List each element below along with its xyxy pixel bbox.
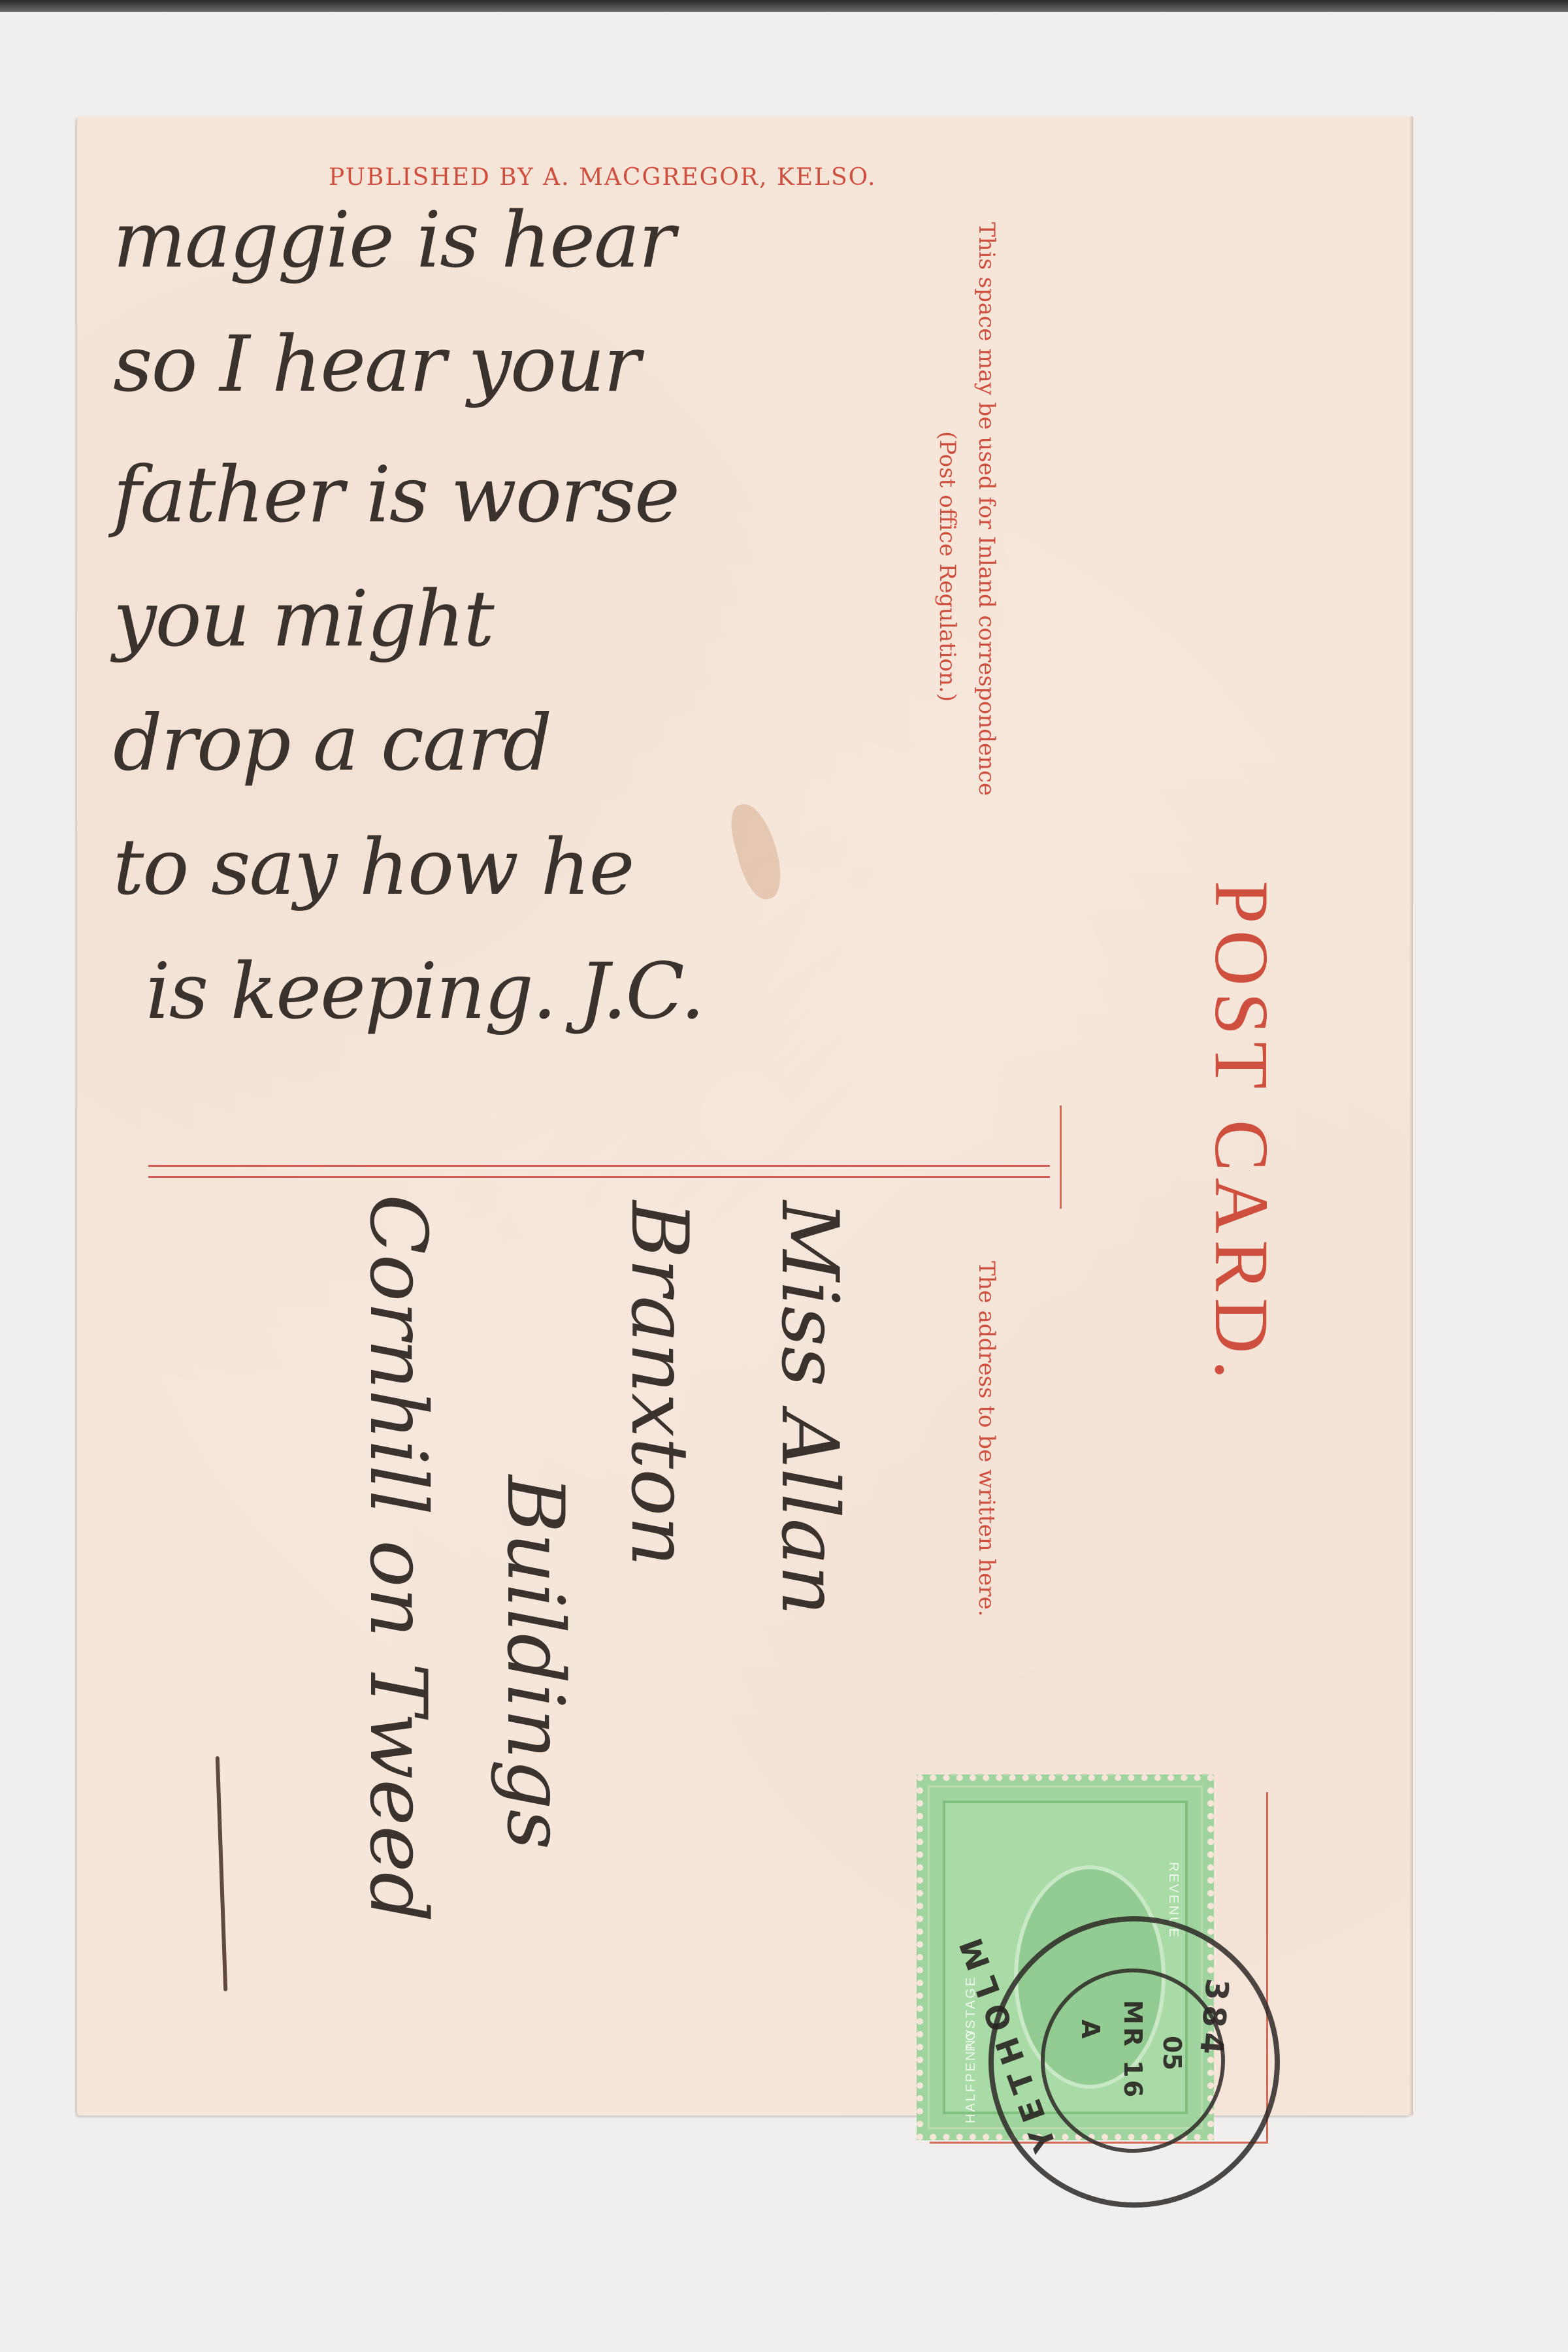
postmark-date: MR 16 <box>1119 2000 1147 2100</box>
address-line-street: Branxton <box>613 1201 704 1567</box>
message-line: is keeping. J.C. <box>146 946 704 1036</box>
horizontal-rule-bottom <box>148 1176 1050 1178</box>
underline-flourish <box>216 1756 228 1991</box>
address-instruction-notice: The address to be written here. <box>973 1261 1000 1617</box>
stamp-denomination: HALFPENNY <box>964 2027 979 2123</box>
message-line: to say how he <box>113 822 633 912</box>
inland-correspondence-notice: This space may be used for Inland corres… <box>973 222 1000 796</box>
message-line: maggie is hear <box>113 195 674 285</box>
postcard: PUBLISHED BY A. MACGREGOR, KELSO. This s… <box>77 116 1413 2115</box>
address-line-town: Cornhill on Tweed <box>352 1194 443 1922</box>
message-line: father is worse <box>113 449 679 540</box>
ink-stain <box>725 799 789 904</box>
postmark-code: 384 <box>1192 1977 1235 2061</box>
scanner-edge <box>0 0 1568 12</box>
message-line: you might <box>113 574 493 664</box>
post-card-title: POST CARD. <box>1197 881 1286 1386</box>
postmark-time-code: A <box>1076 2019 1105 2038</box>
horizontal-rule-top <box>148 1165 1050 1167</box>
post-office-regulation-notice: (Post office Regulation.) <box>934 431 960 702</box>
publisher-imprint: PUBLISHED BY A. MACGREGOR, KELSO. <box>329 164 876 191</box>
postmark-year: 05 <box>1158 2036 1186 2070</box>
vertical-divider <box>1060 1105 1062 1209</box>
address-line-building: Buildings <box>489 1475 580 1850</box>
message-line: drop a card <box>113 698 551 788</box>
address-line-name: Miss Allan <box>764 1201 855 1616</box>
message-line: so I hear your <box>113 319 639 409</box>
postmark: YETHOLM 384 A MR 16 05 <box>988 1916 1280 2208</box>
